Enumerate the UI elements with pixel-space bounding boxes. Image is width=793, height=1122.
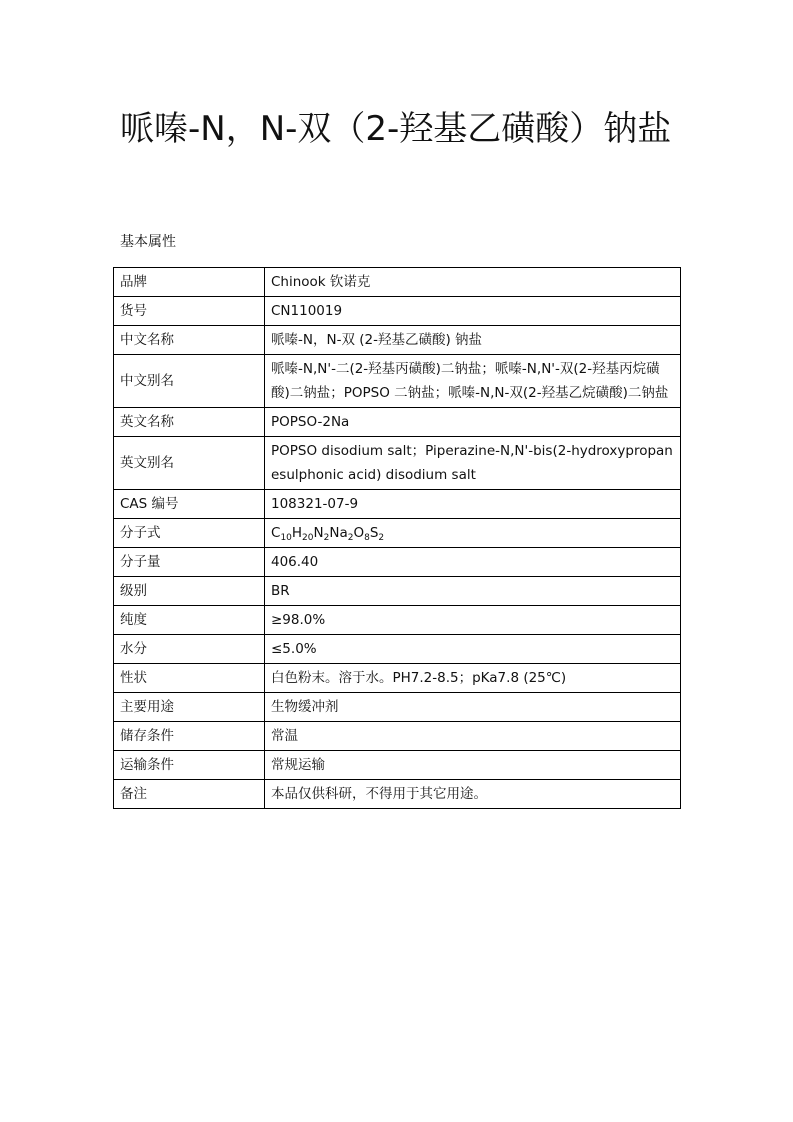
formula-count: 2 (378, 533, 384, 543)
property-value: 哌嗪-N,N'-二(2-羟基丙磺酸)二钠盐；哌嗪-N,N'-双(2-羟基丙烷磺酸… (265, 355, 681, 408)
property-key: 中文别名 (114, 355, 265, 408)
table-row: CAS 编号 108321-07-9 (114, 490, 681, 519)
property-key: 运输条件 (114, 751, 265, 780)
table-row: 储存条件 常温 (114, 722, 681, 751)
formula-element: O (353, 525, 364, 541)
property-key: 货号 (114, 297, 265, 326)
table-row: 水分 ≤5.0% (114, 635, 681, 664)
property-value: 108321-07-9 (265, 490, 681, 519)
table-row: 性状 白色粉末。溶于水。PH7.2-8.5；pKa7.8 (25℃) (114, 664, 681, 693)
table-row: 英文别名 POPSO disodium salt；Piperazine-N,N'… (114, 437, 681, 490)
table-row: 主要用途 生物缓冲剂 (114, 693, 681, 722)
property-value: CN110019 (265, 297, 681, 326)
property-key: 性状 (114, 664, 265, 693)
property-value: 406.40 (265, 548, 681, 577)
property-value: 生物缓冲剂 (265, 693, 681, 722)
property-value: 常温 (265, 722, 681, 751)
property-key: 英文名称 (114, 408, 265, 437)
formula-count: 10 (280, 533, 291, 543)
property-key: 英文别名 (114, 437, 265, 490)
table-row: 中文名称 哌嗪-N，N-双 (2-羟基乙磺酸) 钠盐 (114, 326, 681, 355)
property-value: 本品仅供科研，不得用于其它用途。 (265, 780, 681, 809)
property-value: 哌嗪-N，N-双 (2-羟基乙磺酸) 钠盐 (265, 326, 681, 355)
property-key: 备注 (114, 780, 265, 809)
property-key: CAS 编号 (114, 490, 265, 519)
properties-table: 品牌 Chinook 钦诺克 货号 CN110019 中文名称 哌嗪-N，N-双… (113, 267, 681, 809)
property-key: 级别 (114, 577, 265, 606)
property-value: ≤5.0% (265, 635, 681, 664)
property-key: 分子量 (114, 548, 265, 577)
table-row: 货号 CN110019 (114, 297, 681, 326)
table-row: 英文名称 POPSO-2Na (114, 408, 681, 437)
molecular-formula: C10H20N2Na2O8S2 (265, 519, 681, 548)
property-value: ≥98.0% (265, 606, 681, 635)
property-key: 主要用途 (114, 693, 265, 722)
property-value: 白色粉末。溶于水。PH7.2-8.5；pKa7.8 (25℃) (265, 664, 681, 693)
property-key: 中文名称 (114, 326, 265, 355)
formula-element: N (314, 525, 324, 541)
table-row: 分子量 406.40 (114, 548, 681, 577)
property-value: POPSO disodium salt；Piperazine-N,N'-bis(… (265, 437, 681, 490)
table-row: 级别 BR (114, 577, 681, 606)
property-key: 品牌 (114, 268, 265, 297)
property-key: 储存条件 (114, 722, 265, 751)
document-title: 哌嗪-N，N-双（2-羟基乙磺酸）钠盐 (120, 100, 680, 158)
property-value: Chinook 钦诺克 (265, 268, 681, 297)
table-row: 中文别名 哌嗪-N,N'-二(2-羟基丙磺酸)二钠盐；哌嗪-N,N'-双(2-羟… (114, 355, 681, 408)
section-heading: 基本属性 (120, 232, 176, 252)
property-key: 分子式 (114, 519, 265, 548)
table-row: 纯度 ≥98.0% (114, 606, 681, 635)
formula-element: Na (329, 525, 347, 541)
property-value: POPSO-2Na (265, 408, 681, 437)
table-row: 品牌 Chinook 钦诺克 (114, 268, 681, 297)
table-row: 备注 本品仅供科研，不得用于其它用途。 (114, 780, 681, 809)
table-row: 分子式 C10H20N2Na2O8S2 (114, 519, 681, 548)
formula-element: H (292, 525, 302, 541)
formula-count: 20 (302, 533, 313, 543)
property-key: 水分 (114, 635, 265, 664)
property-value: BR (265, 577, 681, 606)
property-key: 纯度 (114, 606, 265, 635)
table-row: 运输条件 常规运输 (114, 751, 681, 780)
property-value: 常规运输 (265, 751, 681, 780)
